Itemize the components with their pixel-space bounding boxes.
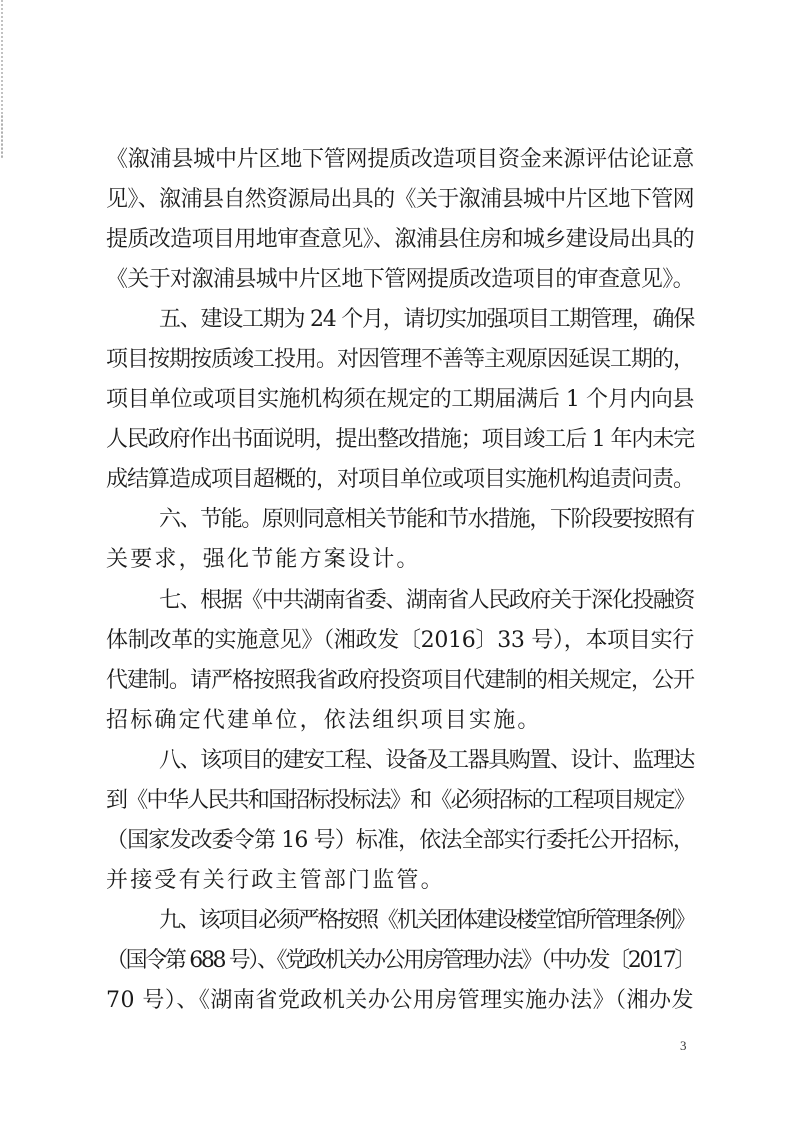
paragraph-item-8-first-line: 八、该项目的建安工程、设备及工器具购置、设计、监理达 — [106, 741, 694, 781]
text-line: 并接受有关行政主管部门监管。 — [106, 861, 694, 901]
text-line: 招标确定代建单位，依法组织项目实施。 — [106, 701, 694, 741]
text-line: 《溆浦县城中片区地下管网提质改造项目资金来源评估论证意 — [106, 140, 694, 180]
text-line: 关要求，强化节能方案设计。 — [106, 540, 694, 580]
paragraph-item-6-first-line: 六、节能。原则同意相关节能和节水措施，下阶段要按照有 — [106, 500, 694, 540]
text-line: 代建制。请严格按照我省政府投资项目代建制的相关规定，公开 — [106, 661, 694, 701]
text-line: 到《中华人民共和国招标投标法》和《必须招标的工程项目规定》 — [106, 781, 694, 821]
text-line: 项目按期按质竣工投用。对因管理不善等主观原因延误工期的， — [106, 340, 694, 380]
text-line: 人民政府作出书面说明，提出整改措施；项目竣工后 1 年内未完 — [106, 420, 694, 460]
text-line: 体制改革的实施意见》（湘政发〔2016〕33 号），本项目实行 — [106, 621, 694, 661]
text-line: 70 号）、《湖南省党政机关办公用房管理实施办法》（湘办发 — [106, 981, 694, 1021]
paragraph-item-5-first-line: 五、建设工期为 24 个月，请切实加强项目工期管理，确保 — [106, 300, 694, 340]
document-body: 《溆浦县城中片区地下管网提质改造项目资金来源评估论证意 见》、溆浦县自然资源局出… — [106, 140, 694, 1021]
text-line: 见》、溆浦县自然资源局出具的《关于溆浦县城中片区地下管网 — [106, 180, 694, 220]
text-line: 项目单位或项目实施机构须在规定的工期届满后 1 个月内向县 — [106, 380, 694, 420]
text-line: （国令第 688 号）、《党政机关办公用房管理办法》（中办发〔2017〕 — [106, 941, 694, 981]
document-page: 《溆浦县城中片区地下管网提质改造项目资金来源评估论证意 见》、溆浦县自然资源局出… — [0, 0, 794, 1122]
text-line: 提质改造项目用地审查意见》、溆浦县住房和城乡建设局出具的 — [106, 220, 694, 260]
text-line: 成结算造成项目超概的，对项目单位或项目实施机构追责问责。 — [106, 460, 694, 500]
text-line: 《关于对溆浦县城中片区地下管网提质改造项目的审查意见》。 — [106, 260, 694, 300]
text-line: （国家发改委令第 16 号）标准，依法全部实行委托公开招标， — [106, 821, 694, 861]
paragraph-item-9-first-line: 九、该项目必须严格按照《机关团体建设楼堂馆所管理条例》 — [106, 901, 694, 941]
page-number: 3 — [680, 1038, 687, 1054]
scan-edge-mark — [1, 115, 3, 157]
paragraph-item-7-first-line: 七、根据《中共湖南省委、湖南省人民政府关于深化投融资 — [106, 581, 694, 621]
